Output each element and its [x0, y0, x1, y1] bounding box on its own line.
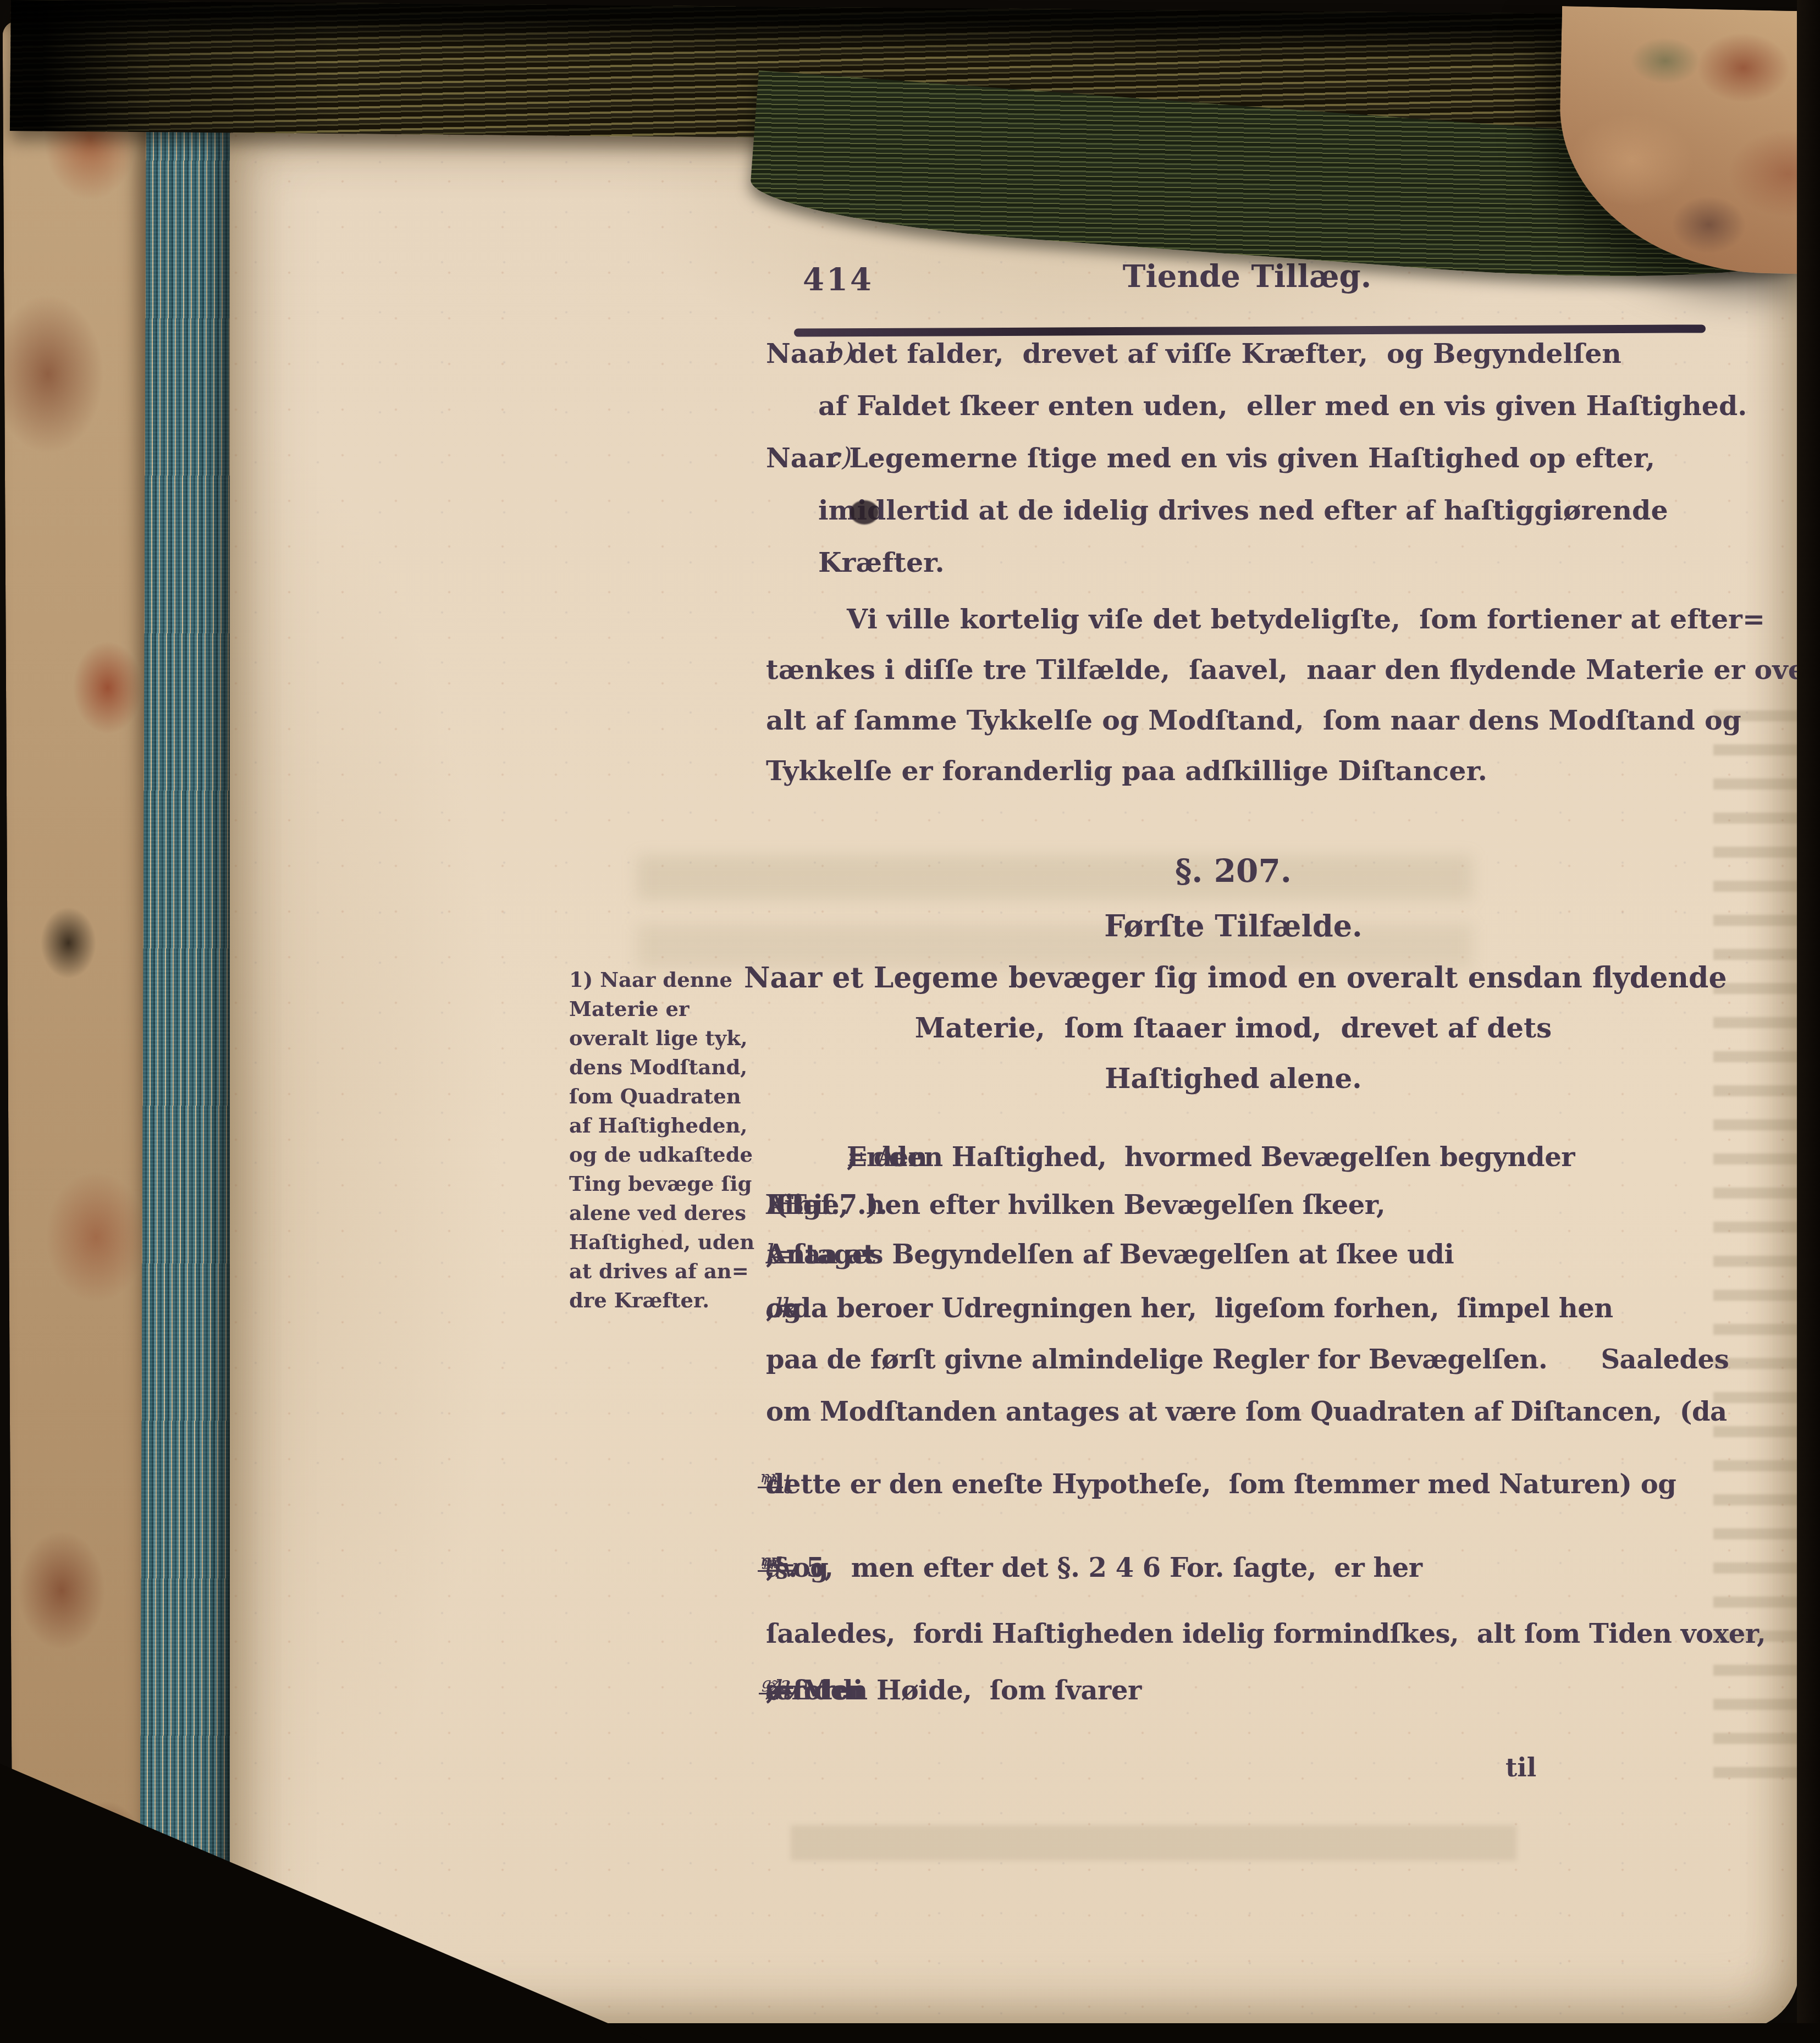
margin-note: 1) Naar denneMaterie eroveralt lige tyk,…: [569, 968, 767, 1317]
text-segment: , og: [766, 1553, 828, 1583]
text-segment: Fig. 7.).: [766, 1190, 887, 1221]
text-line: imidlertid at de idelig drives ned efter…: [818, 494, 1668, 546]
text-line: Naar et Legeme bevæger ſig imod en overa…: [744, 961, 1723, 1012]
text-line: ſom Quadraten: [569, 1084, 767, 1113]
text-line: tænkes i diſſe tre Tilfælde, ſaavel, naa…: [766, 654, 1701, 704]
text-line: 1) Naar denne: [569, 968, 767, 997]
intro-paragraph: Vi ville kortelig viſe det betydeligſte,…: [766, 603, 1701, 805]
text-line: Haſtighed alene.: [744, 1062, 1723, 1113]
math-segment: dt: [766, 1469, 793, 1500]
item-label: b): [828, 338, 861, 368]
item-label: c): [828, 442, 861, 472]
book-photo: 414 Tiende Tillæg. b)Naar det falder, dr…: [0, 0, 1820, 2043]
text-line: alt af ſamme Tykkelſe og Modſtand, ſom n…: [766, 704, 1701, 755]
book-page: 414 Tiende Tillæg. b)Naar det falder, dr…: [230, 128, 1799, 2030]
photo-right-edge: [1797, 0, 1820, 2043]
text-line: Materie er: [569, 997, 767, 1026]
body-text: Er den Haſtighed, hvormed Bevægelſen beg…: [766, 1142, 1701, 1774]
text-line: at drives af an=: [569, 1259, 767, 1288]
list-items: b)Naar det falder, drevet af viſſe Kræft…: [766, 338, 1701, 599]
text-segment: om Modſtanden antages at være ſom Quadra…: [766, 1396, 1727, 1427]
text-line: Tykkelſe er foranderlig paa adſkillige D…: [766, 755, 1701, 805]
ink-blot: [850, 500, 879, 524]
page-fore-edges: [140, 43, 240, 2012]
text-segment: Er den Haſtighed, hvormed Bevægelſen beg…: [847, 1142, 1584, 1173]
math-segment: x: [766, 1239, 781, 1270]
text-column: b)Naar det falder, drevet af viſſe Kræft…: [766, 128, 1701, 2030]
text-line: Naar det falder, drevet af viſſe Kræfter…: [766, 338, 1747, 390]
text-line: og de udkaſtede: [569, 1142, 767, 1172]
text-line: Kræfter.: [818, 546, 1668, 599]
text-segment: er den Høide, ſom ſvarer: [766, 1675, 1141, 1706]
text-segment: §. 5, men efter det §. 2 4 6 For. ſagte,…: [766, 1553, 1431, 1583]
section-heading: Naar et Legeme bevæger ſig imod en overa…: [744, 961, 1723, 1113]
text-line: dens Modſtand,: [569, 1055, 767, 1084]
list-item: c)Naar Legemerne ſtige med en vis given …: [766, 442, 1701, 599]
text-line: Vi ville kortelig viſe det betydeligſte,…: [766, 603, 1701, 654]
text-segment: dette er den eneſte Hypotheſe, ſom ſtemm…: [766, 1469, 1685, 1500]
text-line: Haſtighed, uden: [569, 1230, 767, 1259]
text-line: Ting bevæge ſig: [569, 1172, 767, 1201]
text-segment: , da beroer Udregningen her, ligeſom for…: [766, 1293, 1613, 1324]
case-title: Førſte Tilfælde.: [766, 908, 1701, 943]
text-segment: ſaaledes, fordi Haſtigheden idelig formi…: [766, 1619, 1766, 1649]
text-line: af Haſtigheden,: [569, 1113, 767, 1142]
text-line: alene ved deres: [569, 1201, 767, 1230]
text-line: Naar Legemerne ſtige med en vis given Ha…: [766, 442, 1668, 494]
catchword: til: [1505, 1753, 1536, 1782]
text-segment: paa de førſt givne almindelige Regler fo…: [766, 1344, 1729, 1375]
marbled-cover-edge: [3, 20, 158, 1983]
text-line: Materie, ſom ſtaaer imod, drevet af dets: [744, 1012, 1723, 1062]
text-line: af Faldet ſkeer enten uden, eller med en…: [818, 390, 1747, 442]
text-line: overalt lige tyk,: [569, 1026, 767, 1055]
photo-bottom-edge: [0, 2023, 1820, 2043]
text-line: dre Kræfter.: [569, 1288, 767, 1317]
text-segment: , den: [847, 1142, 927, 1173]
list-item: b)Naar det falder, drevet af viſſe Kræft…: [766, 338, 1701, 442]
section-number: §. 207.: [766, 852, 1701, 890]
